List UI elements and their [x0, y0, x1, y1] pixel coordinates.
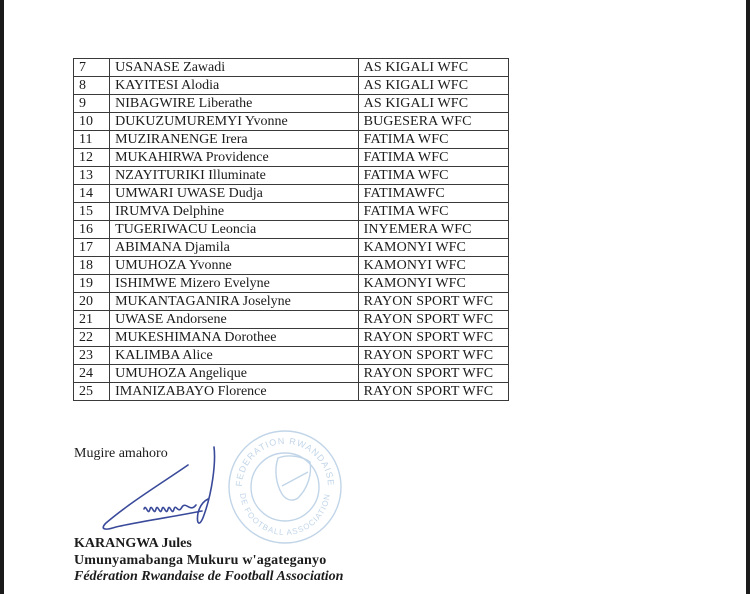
player-number: 12: [74, 149, 110, 167]
player-number: 19: [74, 275, 110, 293]
player-number: 10: [74, 113, 110, 131]
player-name: TUGERIWACU Leoncia: [110, 221, 359, 239]
player-club: KAMONYI WFC: [358, 239, 508, 257]
player-name: IRUMVA Delphine: [110, 203, 359, 221]
signatory-title: Umunyamabanga Mukuru w'agateganyo: [74, 553, 326, 569]
player-name: UMUHOZA Angelique: [110, 365, 359, 383]
table-row: 13NZAYITURIKI IlluminateFATIMA WFC: [74, 167, 509, 185]
table-row: 16TUGERIWACU LeonciaINYEMERA WFC: [74, 221, 509, 239]
table-row: 10DUKUZUMUREMYI YvonneBUGESERA WFC: [74, 113, 509, 131]
table-row: 20MUKANTAGANIRA JoselyneRAYON SPORT WFC: [74, 293, 509, 311]
table-row: 14UMWARI UWASE DudjaFATIMAWFC: [74, 185, 509, 203]
player-club: BUGESERA WFC: [358, 113, 508, 131]
player-club: RAYON SPORT WFC: [358, 311, 508, 329]
player-name: IMANIZABAYO Florence: [110, 383, 359, 401]
player-name: MUZIRANENGE Irera: [110, 131, 359, 149]
table-row: 12MUKAHIRWA ProvidenceFATIMA WFC: [74, 149, 509, 167]
player-number: 7: [74, 59, 110, 77]
player-number: 24: [74, 365, 110, 383]
player-number: 8: [74, 77, 110, 95]
player-name: MUKANTAGANIRA Joselyne: [110, 293, 359, 311]
player-club: RAYON SPORT WFC: [358, 365, 508, 383]
player-number: 18: [74, 257, 110, 275]
player-name: UMUHOZA Yvonne: [110, 257, 359, 275]
player-club: RAYON SPORT WFC: [358, 383, 508, 401]
player-number: 17: [74, 239, 110, 257]
table-row: 24UMUHOZA AngeliqueRAYON SPORT WFC: [74, 365, 509, 383]
player-name: ISHIMWE Mizero Evelyne: [110, 275, 359, 293]
player-number: 13: [74, 167, 110, 185]
player-number: 15: [74, 203, 110, 221]
table-row: 11MUZIRANENGE IreraFATIMA WFC: [74, 131, 509, 149]
player-club: RAYON SPORT WFC: [358, 347, 508, 365]
table-row: 7USANASE ZawadiAS KIGALI WFC: [74, 59, 509, 77]
player-club: RAYON SPORT WFC: [358, 293, 508, 311]
player-name: NIBAGWIRE Liberathe: [110, 95, 359, 113]
table-row: 22MUKESHIMANA DorotheeRAYON SPORT WFC: [74, 329, 509, 347]
player-club: RAYON SPORT WFC: [358, 329, 508, 347]
player-number: 23: [74, 347, 110, 365]
player-club: FATIMA WFC: [358, 167, 508, 185]
photo-edge-left: [0, 0, 4, 594]
player-name: UMWARI UWASE Dudja: [110, 185, 359, 203]
signatory-name: KARANGWA Jules: [74, 536, 192, 552]
player-name: MUKAHIRWA Providence: [110, 149, 359, 167]
player-name: KALIMBA Alice: [110, 347, 359, 365]
player-name: DUKUZUMUREMYI Yvonne: [110, 113, 359, 131]
player-roster-table: 7USANASE ZawadiAS KIGALI WFC8KAYITESI Al…: [73, 58, 509, 401]
svg-text:DE FOOTBALL ASSOCIATION: DE FOOTBALL ASSOCIATION: [238, 493, 332, 538]
player-number: 16: [74, 221, 110, 239]
player-number: 21: [74, 311, 110, 329]
player-name: MUKESHIMANA Dorothee: [110, 329, 359, 347]
player-name: NZAYITURIKI Illuminate: [110, 167, 359, 185]
table-row: 8KAYITESI AlodiaAS KIGALI WFC: [74, 77, 509, 95]
player-number: 11: [74, 131, 110, 149]
player-club: INYEMERA WFC: [358, 221, 508, 239]
player-name: KAYITESI Alodia: [110, 77, 359, 95]
player-club: FATIMA WFC: [358, 203, 508, 221]
table-row: 17ABIMANA DjamilaKAMONYI WFC: [74, 239, 509, 257]
table-row: 23KALIMBA AliceRAYON SPORT WFC: [74, 347, 509, 365]
player-name: UWASE Andorsene: [110, 311, 359, 329]
player-club: KAMONYI WFC: [358, 257, 508, 275]
player-club: KAMONYI WFC: [358, 275, 508, 293]
player-club: AS KIGALI WFC: [358, 59, 508, 77]
player-club: AS KIGALI WFC: [358, 77, 508, 95]
player-club: FATIMAWFC: [358, 185, 508, 203]
table-row: 19ISHIMWE Mizero EvelyneKAMONYI WFC: [74, 275, 509, 293]
player-number: 22: [74, 329, 110, 347]
photo-edge-right: [746, 0, 750, 594]
table-row: 18UMUHOZA YvonneKAMONYI WFC: [74, 257, 509, 275]
table-row: 21UWASE AndorseneRAYON SPORT WFC: [74, 311, 509, 329]
table-row: 9NIBAGWIRE LiberatheAS KIGALI WFC: [74, 95, 509, 113]
player-club: AS KIGALI WFC: [358, 95, 508, 113]
player-number: 20: [74, 293, 110, 311]
signatory-organization: Fédération Rwandaise de Football Associa…: [74, 569, 343, 585]
player-number: 9: [74, 95, 110, 113]
player-number: 25: [74, 383, 110, 401]
player-club: FATIMA WFC: [358, 131, 508, 149]
federation-stamp-icon: FEDERATION RWANDAISE DE FOOTBALL ASSOCIA…: [226, 428, 344, 546]
signature-icon: [92, 443, 222, 535]
table-row: 25IMANIZABAYO FlorenceRAYON SPORT WFC: [74, 383, 509, 401]
player-name: USANASE Zawadi: [110, 59, 359, 77]
player-name: ABIMANA Djamila: [110, 239, 359, 257]
player-number: 14: [74, 185, 110, 203]
player-club: FATIMA WFC: [358, 149, 508, 167]
table-row: 15IRUMVA DelphineFATIMA WFC: [74, 203, 509, 221]
